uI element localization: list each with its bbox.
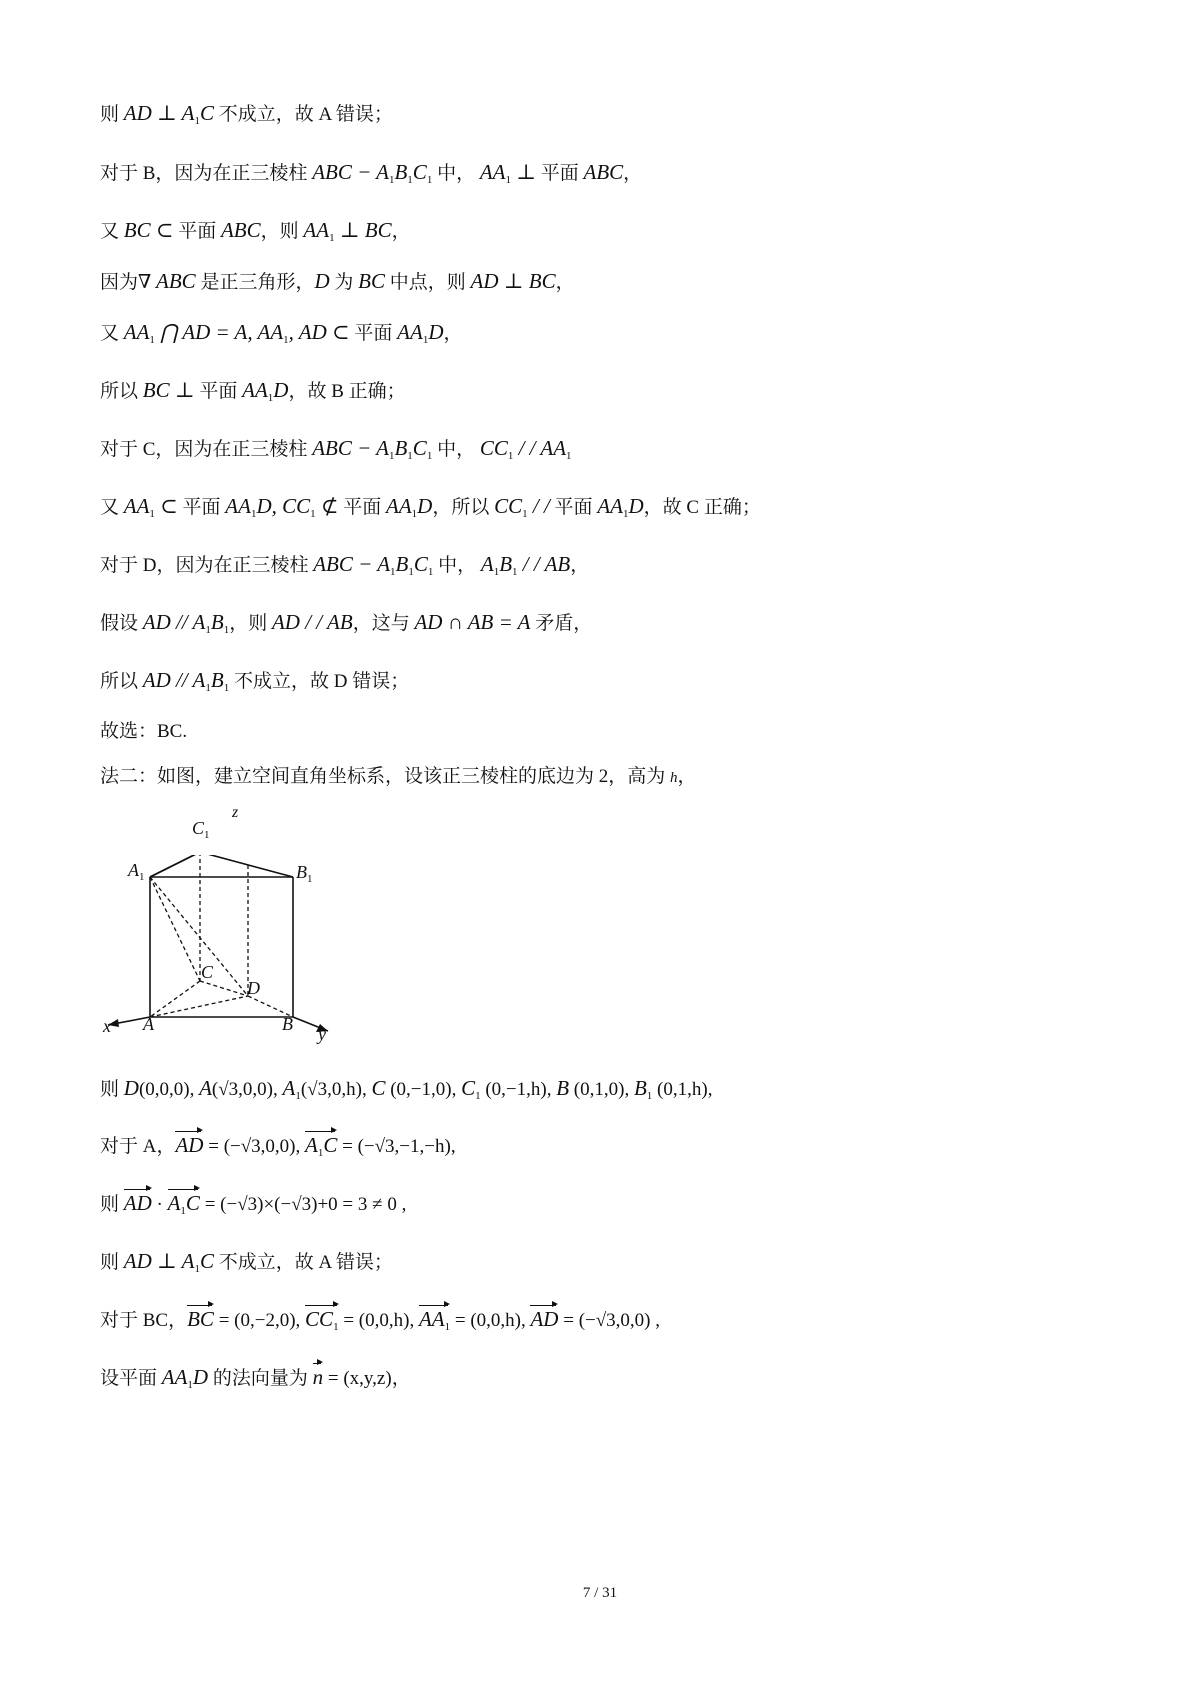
math: BC <box>358 269 385 293</box>
math-abc: ABC <box>584 160 624 184</box>
text: 因为∇ <box>100 272 156 293</box>
coord-b1: B1 <box>634 1076 652 1100</box>
text: ，这与 <box>353 613 415 634</box>
vector-ad: AD <box>530 1304 558 1334</box>
text-line-b-intro: 对于 B，因为在正三棱柱 ABC − A1B1C1 中， AA1 ⊥ 平面 AB… <box>100 157 642 195</box>
coord-b: B <box>556 1076 569 1100</box>
value: (0,−2,0) <box>234 1310 295 1331</box>
math: AD / / AB <box>272 610 353 634</box>
text: ， <box>678 766 697 787</box>
text: ，故 C 正确； <box>644 497 761 518</box>
text: 平面 <box>339 497 387 518</box>
text-line-bc-vectors: 对于 BC，BC = (0,−2,0), CC1 = (0,0,h), AA1 … <box>100 1304 660 1342</box>
text: 的法向量为 <box>208 1368 313 1389</box>
math: AD ⊥ BC <box>471 269 556 293</box>
text: ， <box>392 221 411 242</box>
math: ABC − A1B1C1 <box>312 436 432 460</box>
value: (0,0,h) <box>470 1310 521 1331</box>
math: AA1D <box>242 378 288 402</box>
text: 平面 <box>550 497 598 518</box>
math-ad-perp-a1c: AD ⊥ A1C <box>124 101 214 125</box>
vector-a1c: A1C <box>305 1130 337 1168</box>
math: AA1D <box>162 1365 208 1389</box>
answer-text: 故选：BC. <box>100 721 187 742</box>
text: ， <box>443 323 462 344</box>
text-line-method-two: 法二：如图，建立空间直角坐标系，设该正三棱柱的底边为 2，高为 h， <box>100 762 697 793</box>
value: (0,1,h) <box>657 1079 708 1100</box>
text-line-c-intro: 对于 C，因为在正三棱柱 ABC − A1B1C1 中， CC1 / / AA1 <box>100 433 572 471</box>
math: AD ∩ AB = A <box>414 610 530 634</box>
vector-n: n <box>313 1362 324 1392</box>
vector-aa1: AA1 <box>419 1304 450 1342</box>
text-line-equilateral: 因为∇ ABC 是正三角形，D 为 BC 中点，则 AD ⊥ BC， <box>100 266 575 298</box>
math-aa1: AA1 ⊥ <box>480 160 536 184</box>
text: 则 <box>100 104 124 125</box>
text: 又 <box>100 323 124 344</box>
text: 平面 <box>195 381 243 402</box>
math: CC1 / / <box>494 494 550 518</box>
text: 不成立，故 A 错误； <box>214 1252 393 1273</box>
text: ，则 <box>229 613 272 634</box>
math: D <box>314 269 329 293</box>
text: 是正三角形， <box>196 272 315 293</box>
vector-bc: BC <box>187 1304 214 1334</box>
text-line-a-wrong: 则 AD ⊥ A1C 不成立，故 A 错误； <box>100 1246 393 1284</box>
value: (0,−1,h) <box>485 1079 546 1100</box>
coord-a1: A1 <box>283 1076 301 1100</box>
math: AD // A1B1 <box>143 668 229 692</box>
math: CC1 / / AA1 <box>480 436 572 460</box>
text: 又 <box>100 221 124 242</box>
text: 所以 <box>100 671 143 692</box>
text: ， <box>556 272 575 293</box>
text: 平面 <box>178 497 226 518</box>
math-prism: ABC − A1B1C1 <box>312 160 432 184</box>
math: AA1 ⊥ BC <box>303 218 391 242</box>
math: BC ⊂ <box>124 218 174 242</box>
text: 对于 BC， <box>100 1310 187 1331</box>
text: 对于 D，因为在正三棱柱 <box>100 555 313 576</box>
value: (−√3,−1,−h) <box>358 1136 451 1157</box>
text: 平面 <box>350 323 398 344</box>
math: AA1 ⋂ AD = A, AA1, AD ⊂ <box>124 320 350 344</box>
page-number: 7 / 31 <box>0 1585 1200 1602</box>
text: 对于 A， <box>100 1136 175 1157</box>
math: A1B1 / / AB <box>481 552 570 576</box>
label-c1: C1 <box>192 818 210 841</box>
value: (0,1,0) <box>574 1079 625 1100</box>
value: (0,0,h) <box>359 1310 410 1331</box>
value: (−√3,0,0) <box>579 1310 651 1331</box>
text: 中点，则 <box>385 272 471 293</box>
math: ABC − A1B1C1 <box>313 552 433 576</box>
text-line-bc-subset: 又 BC ⊂ 平面 ABC，则 AA1 ⊥ BC， <box>100 215 411 253</box>
text: 则 <box>100 1252 124 1273</box>
text: 对于 C，因为在正三棱柱 <box>100 439 312 460</box>
text-line-intersection: 又 AA1 ⋂ AD = A, AA1, AD ⊂ 平面 AA1D， <box>100 317 463 355</box>
text-line-c-correct: 又 AA1 ⊂ 平面 AA1D, CC1 ⊄ 平面 AA1D，所以 CC1 / … <box>100 491 761 529</box>
value: (0,0,0) <box>139 1079 190 1100</box>
text: 假设 <box>100 613 143 634</box>
text: 所以 <box>100 381 143 402</box>
text-line-a-vectors: 对于 A，AD = (−√3,0,0), A1C = (−√3,−1,−h), <box>100 1130 456 1168</box>
text: ， <box>570 555 589 576</box>
prism-diagram <box>100 855 360 1055</box>
text: 又 <box>100 497 124 518</box>
text-line-a-conclusion: 则 AD ⊥ A1C 不成立，故 A 错误； <box>100 98 393 136</box>
text-line-d-assume: 假设 AD // A1B1，则 AD / / AB，这与 AD ∩ AB = A… <box>100 607 592 645</box>
vector-a1c: A1C <box>168 1188 200 1226</box>
text: ， <box>392 1368 411 1389</box>
math: BC ⊥ <box>143 378 195 402</box>
text: ，故 B 正确； <box>288 381 405 402</box>
text: ， <box>623 163 642 184</box>
text: 平面 <box>173 221 221 242</box>
text-line-normal-vector: 设平面 AA1D 的法向量为 n = (x,y,z)， <box>100 1362 411 1400</box>
text: 矛盾， <box>531 613 593 634</box>
text: 不成立，故 A 错误； <box>214 104 393 125</box>
coord-c1: C1 <box>461 1076 481 1100</box>
text: 不成立，故 D 错误； <box>229 671 409 692</box>
math: AA1D <box>386 494 432 518</box>
prism-coordinate-figure <box>100 855 360 1060</box>
text: 中， <box>433 555 476 576</box>
value: (−√3)×(−√3)+0 = 3 ≠ 0 <box>220 1194 397 1215</box>
text: 对于 B，因为在正三棱柱 <box>100 163 312 184</box>
figure-labels: C1 A1 B1 z C D A B x y <box>0 0 1200 1697</box>
value: (x,y,z) <box>343 1368 391 1389</box>
text-line-dot-product: 则 AD · A1C = (−√3)×(−√3)+0 = 3 ≠ 0 , <box>100 1188 406 1226</box>
text-line-d-wrong: 所以 AD // A1B1 不成立，故 D 错误； <box>100 665 409 703</box>
text-line-d-intro: 对于 D，因为在正三棱柱 ABC − A1B1C1 中， A1B1 / / AB… <box>100 549 589 587</box>
label-z-axis: z <box>232 804 238 822</box>
vector-cc1: CC1 <box>305 1304 339 1342</box>
math: AA1D, CC1 ⊄ <box>225 494 338 518</box>
math: 2 <box>599 766 609 787</box>
text: 法二：如图，建立空间直角坐标系，设该正三棱柱的底边为 <box>100 766 599 787</box>
text: 设平面 <box>100 1368 162 1389</box>
vector-ad: AD <box>124 1188 152 1218</box>
text: 中， <box>432 439 475 460</box>
coord-c: C <box>371 1076 385 1100</box>
math: ABC <box>156 269 196 293</box>
text: 中， <box>432 163 475 184</box>
math: AA1D <box>397 320 443 344</box>
math: AD ⊥ A1C <box>124 1249 214 1273</box>
value: (0,−1,0) <box>390 1079 451 1100</box>
text: ，所以 <box>432 497 494 518</box>
text: 平面 <box>536 163 584 184</box>
text: 则 <box>100 1079 124 1100</box>
coord-a: A <box>199 1076 212 1100</box>
math: h <box>670 770 678 786</box>
text-line-answer: 故选：BC. <box>100 717 187 747</box>
text: ，则 <box>261 221 304 242</box>
value: (√3,0,h) <box>301 1079 362 1100</box>
math: AA1D <box>597 494 643 518</box>
text: 则 <box>100 1194 124 1215</box>
text-line-b-correct: 所以 BC ⊥ 平面 AA1D，故 B 正确； <box>100 375 406 413</box>
math: AA1 ⊂ <box>124 494 178 518</box>
value: (√3,0,0) <box>212 1079 273 1100</box>
text-line-coordinates: 则 D(0,0,0), A(√3,0,0), A1(√3,0,h), C (0,… <box>100 1073 712 1111</box>
vector-ad: AD <box>175 1130 203 1160</box>
text: 为 <box>330 272 359 293</box>
math: ABC <box>221 218 261 242</box>
value: (−√3,0,0) <box>224 1136 296 1157</box>
text: ，高为 <box>608 766 670 787</box>
math: AD // A1B1 <box>143 610 229 634</box>
coord-d: D <box>124 1076 139 1100</box>
